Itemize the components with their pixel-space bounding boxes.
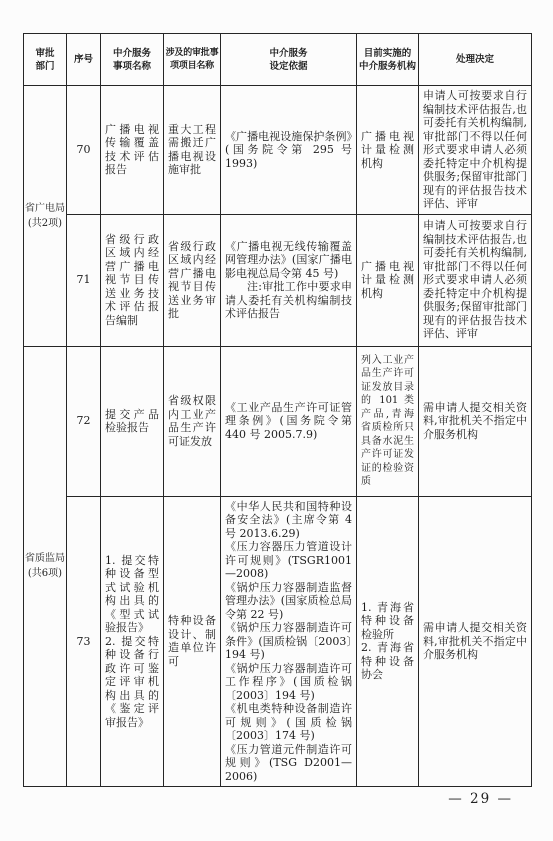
row-71-service-name: 省级行政区域内经营广播电视节目传送业务技术评估报告编制 [101,214,164,346]
row-72-decision: 需申请人提交相关资料,审批机关不指定中介服务机构 [419,346,532,496]
basis-citation: 《锅炉压力容器制造许可条件》(国质检锅〔2003〕194 号) [225,621,352,662]
row-70-approval-item: 重大工程需搬迁广播电视设施审批 [164,86,221,215]
cell-department-broadcast: 省广电局 (共2项) [24,86,67,347]
page-number: — 29 — [448,791,513,807]
basis-citation: 《广播电视无线传输覆盖网管理办法》(国家广播电影电视总局令第 45 号) [225,240,352,281]
row-71-serial: 71 [67,214,101,346]
row-70-decision: 申请人可按要求自行编制技术评估报告,也可委托有关机构编制,审批部门不得以任何形式… [419,86,532,215]
row-71-approval-item: 省级行政区域内经营广播电视节目传送业务审批 [164,214,221,346]
header-decision: 处理决定 [419,34,532,86]
row-71-basis: 《广播电视无线传输覆盖网管理办法》(国家广播电影电视总局令第 45 号) 注:审… [221,214,357,346]
row-73-decision: 需申请人提交相关资料,审批机关不指定中介服务机构 [419,496,532,787]
department-name: 省广电局 [24,201,66,216]
document-page: 审批 部门 序号 中介服务 事项名称 涉及的审批事 项项目名称 中介服务 设定依… [0,0,553,841]
header-basis: 中介服务 设定依据 [221,34,357,86]
table-header-row: 审批 部门 序号 中介服务 事项名称 涉及的审批事 项项目名称 中介服务 设定依… [24,34,532,86]
basis-note: 注:审批工作中要求申请人委托有关机构编制技术评估报告 [225,280,352,321]
intermediary-services-table: 审批 部门 序号 中介服务 事项名称 涉及的审批事 项项目名称 中介服务 设定依… [23,33,532,787]
row-73-approval-item: 特种设备设计、制造单位许可 [164,496,221,787]
row-73-agency: 1. 青海省特种设备检验所 2. 青海省特种设备协会 [357,496,419,787]
service-item-1: 1. 提交特种设备型式试验机构出具的《型式试验报告》 [105,554,159,635]
department-count: (共6项) [24,566,66,581]
row-70-service-name: 广播电视传输覆盖技术评估报告 [101,86,164,215]
table-row-72: 省质监局 (共6项) 72 提交产品检验报告 省级权限内工业产品生产许可证发放 … [24,346,532,496]
row-72-serial: 72 [67,346,101,496]
basis-citation: 《中华人民共和国特种设备安全法》(主席令第 4 号 2013.6.29) [225,500,352,541]
cell-department-quality: 省质监局 (共6项) [24,346,67,787]
table-row-73: 73 1. 提交特种设备型式试验机构出具的《型式试验报告》 2. 提交特种设备行… [24,496,532,787]
basis-citation: 《锅炉压力容器制造许可工作程序》(国质检锅〔2003〕194 号) [225,662,352,703]
row-72-service-name: 提交产品检验报告 [101,346,164,496]
header-approval-item: 涉及的审批事 项项目名称 [164,34,221,86]
basis-citation: 《压力管道元件制造许可规则》(TSG D2001—2006) [225,743,352,784]
table-row-71: 71 省级行政区域内经营广播电视节目传送业务技术评估报告编制 省级行政区域内经营… [24,214,532,346]
row-72-basis: 《工业产品生产许可证管理条例》(国务院令第 440 号 2005.7.9) [221,346,357,496]
header-serial-number: 序号 [67,34,101,86]
table-row-70: 省广电局 (共2项) 70 广播电视传输覆盖技术评估报告 重大工程需搬迁广播电视… [24,86,532,215]
header-agency: 目前实施的 中介服务机构 [357,34,419,86]
header-approval-department: 审批 部门 [24,34,67,86]
basis-citation: 《机电类特种设备制造许可规则》(国质检锅〔2003〕174 号) [225,702,352,743]
row-72-agency: 列入工业产品生产许可证发放目录的 101 类产品,青海省质检所只具备水泥生产许可… [357,346,419,496]
basis-citation: 《锅炉压力容器制造监督管理办法》(国家质检总局令第 22 号) [225,581,352,622]
header-service-name: 中介服务 事项名称 [101,34,164,86]
row-73-basis: 《中华人民共和国特种设备安全法》(主席令第 4 号 2013.6.29) 《压力… [221,496,357,787]
agency-item-1: 1. 青海省特种设备检验所 [361,601,414,642]
row-73-serial: 73 [67,496,101,787]
row-72-approval-item: 省级权限内工业产品生产许可证发放 [164,346,221,496]
row-70-serial: 70 [67,86,101,215]
basis-citation: 《压力容器压力管道设计许可规则》(TSGR1001—2008) [225,540,352,581]
row-73-service-name: 1. 提交特种设备型式试验机构出具的《型式试验报告》 2. 提交特种设备行政许可… [101,496,164,787]
department-count: (共2项) [24,216,66,231]
service-item-2: 2. 提交特种设备行政许可鉴定评审机构出具的《鉴定评审报告》 [105,635,159,730]
row-71-decision: 申请人可按要求自行编制技术评估报告,也可委托有关机构编制,审批部门不得以任何形式… [419,214,532,346]
department-name: 省质监局 [24,551,66,566]
agency-item-2: 2. 青海省特种设备协会 [361,641,414,682]
row-70-agency: 广播电视计量检测机构 [357,86,419,215]
row-70-basis: 《广播电视设施保护条例》(国务院令第 295 号 1993) [221,86,357,215]
row-71-agency: 广播电视计量检测机构 [357,214,419,346]
